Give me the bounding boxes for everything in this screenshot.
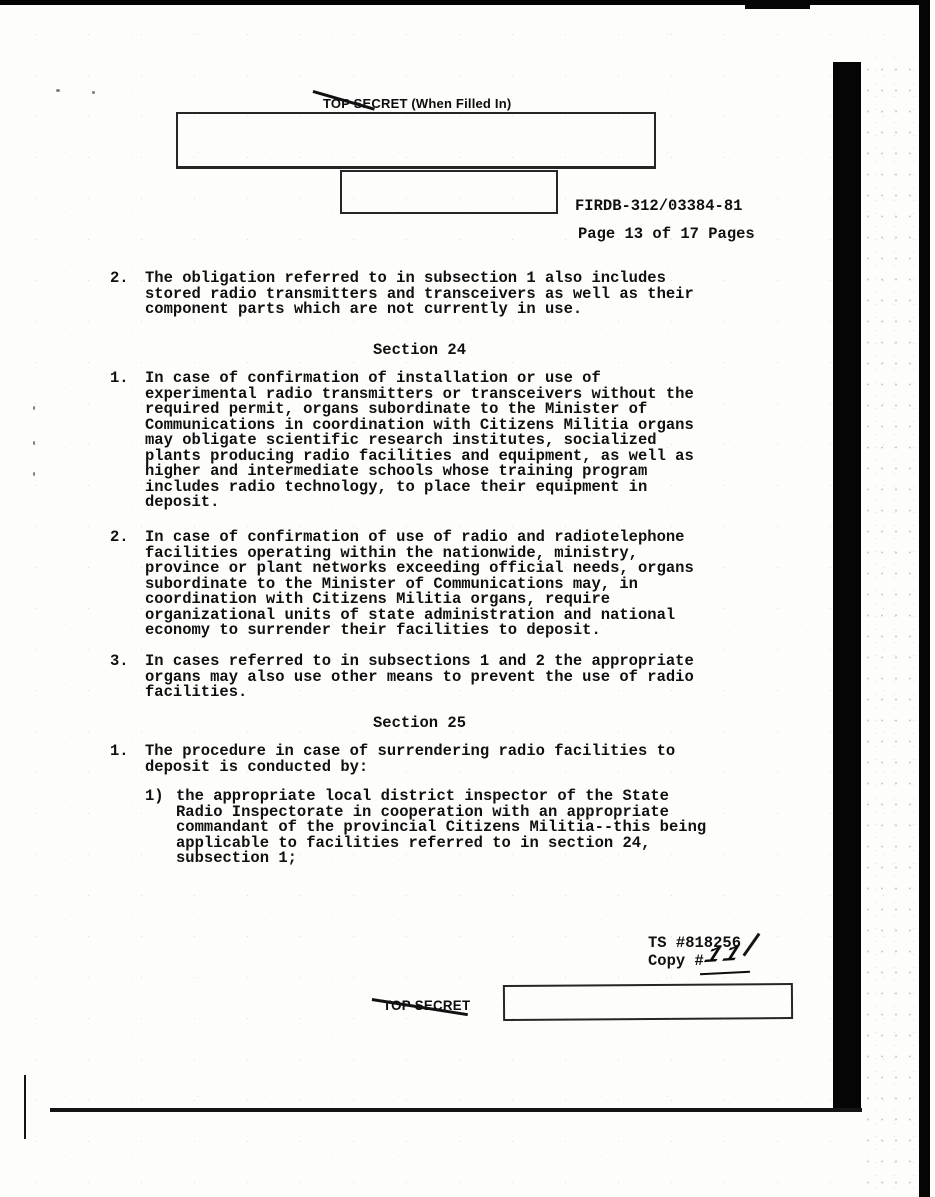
section-25-heading: Section 25	[145, 716, 694, 732]
right-edge-band	[919, 0, 930, 1197]
paragraph-text: In cases referred to in subsections 1 an…	[145, 654, 696, 701]
copy-number-label: Copy #	[648, 954, 704, 970]
pencil-speck	[33, 406, 35, 410]
left-margin-tick	[24, 1075, 26, 1139]
page-number: Page 13 of 17 Pages	[578, 227, 755, 243]
binding-bar	[833, 62, 861, 1110]
paragraph-s24-1: 1. In case of confirmation of installati…	[110, 371, 696, 511]
paragraph-s24-3: 3. In cases referred to in subsections 1…	[110, 654, 696, 701]
paragraph-s24-2: 2. In case of confirmation of use of rad…	[110, 530, 696, 639]
subparagraph-number: 1)	[145, 789, 176, 867]
doc-number: FIRDB-312/03384-81	[575, 199, 742, 215]
top-edge-line-thick-segment	[745, 0, 810, 9]
paragraph-s25-1: 1. The procedure in case of surrendering…	[110, 744, 696, 775]
paragraph-number: 1.	[110, 371, 145, 511]
paragraph-number: 2.	[110, 271, 145, 318]
redaction-box-top-small	[340, 170, 558, 214]
pencil-speck	[33, 441, 35, 445]
paragraph-number: 2.	[110, 530, 145, 639]
paragraph-subsection-2: 2. The obligation referred to in subsect…	[110, 271, 696, 318]
section-24-heading: Section 24	[145, 343, 694, 359]
paragraph-text: The obligation referred to in subsection…	[145, 271, 696, 318]
copy-number-underline	[700, 971, 750, 976]
subparagraph-s25-1-1: 1) the appropriate local district inspec…	[145, 789, 708, 867]
paragraph-number: 1.	[110, 744, 145, 775]
document-page: TOP SECRET (When Filled In) FIRDB-312/03…	[0, 0, 935, 1197]
subparagraph-text: the appropriate local district inspector…	[176, 789, 708, 867]
pencil-speck	[92, 91, 95, 94]
paragraph-text: The procedure in case of surrendering ra…	[145, 744, 696, 775]
pencil-speck	[33, 472, 35, 476]
redaction-box-top-large	[176, 112, 656, 169]
scan-noise-right-margin	[858, 55, 916, 1190]
bottom-rule	[50, 1108, 862, 1112]
redaction-box-footer	[503, 983, 793, 1021]
paragraph-number: 3.	[110, 654, 145, 701]
paragraph-text: In case of confirmation of use of radio …	[145, 530, 696, 639]
pencil-speck	[56, 89, 60, 92]
paragraph-text: In case of confirmation of installation …	[145, 371, 696, 511]
